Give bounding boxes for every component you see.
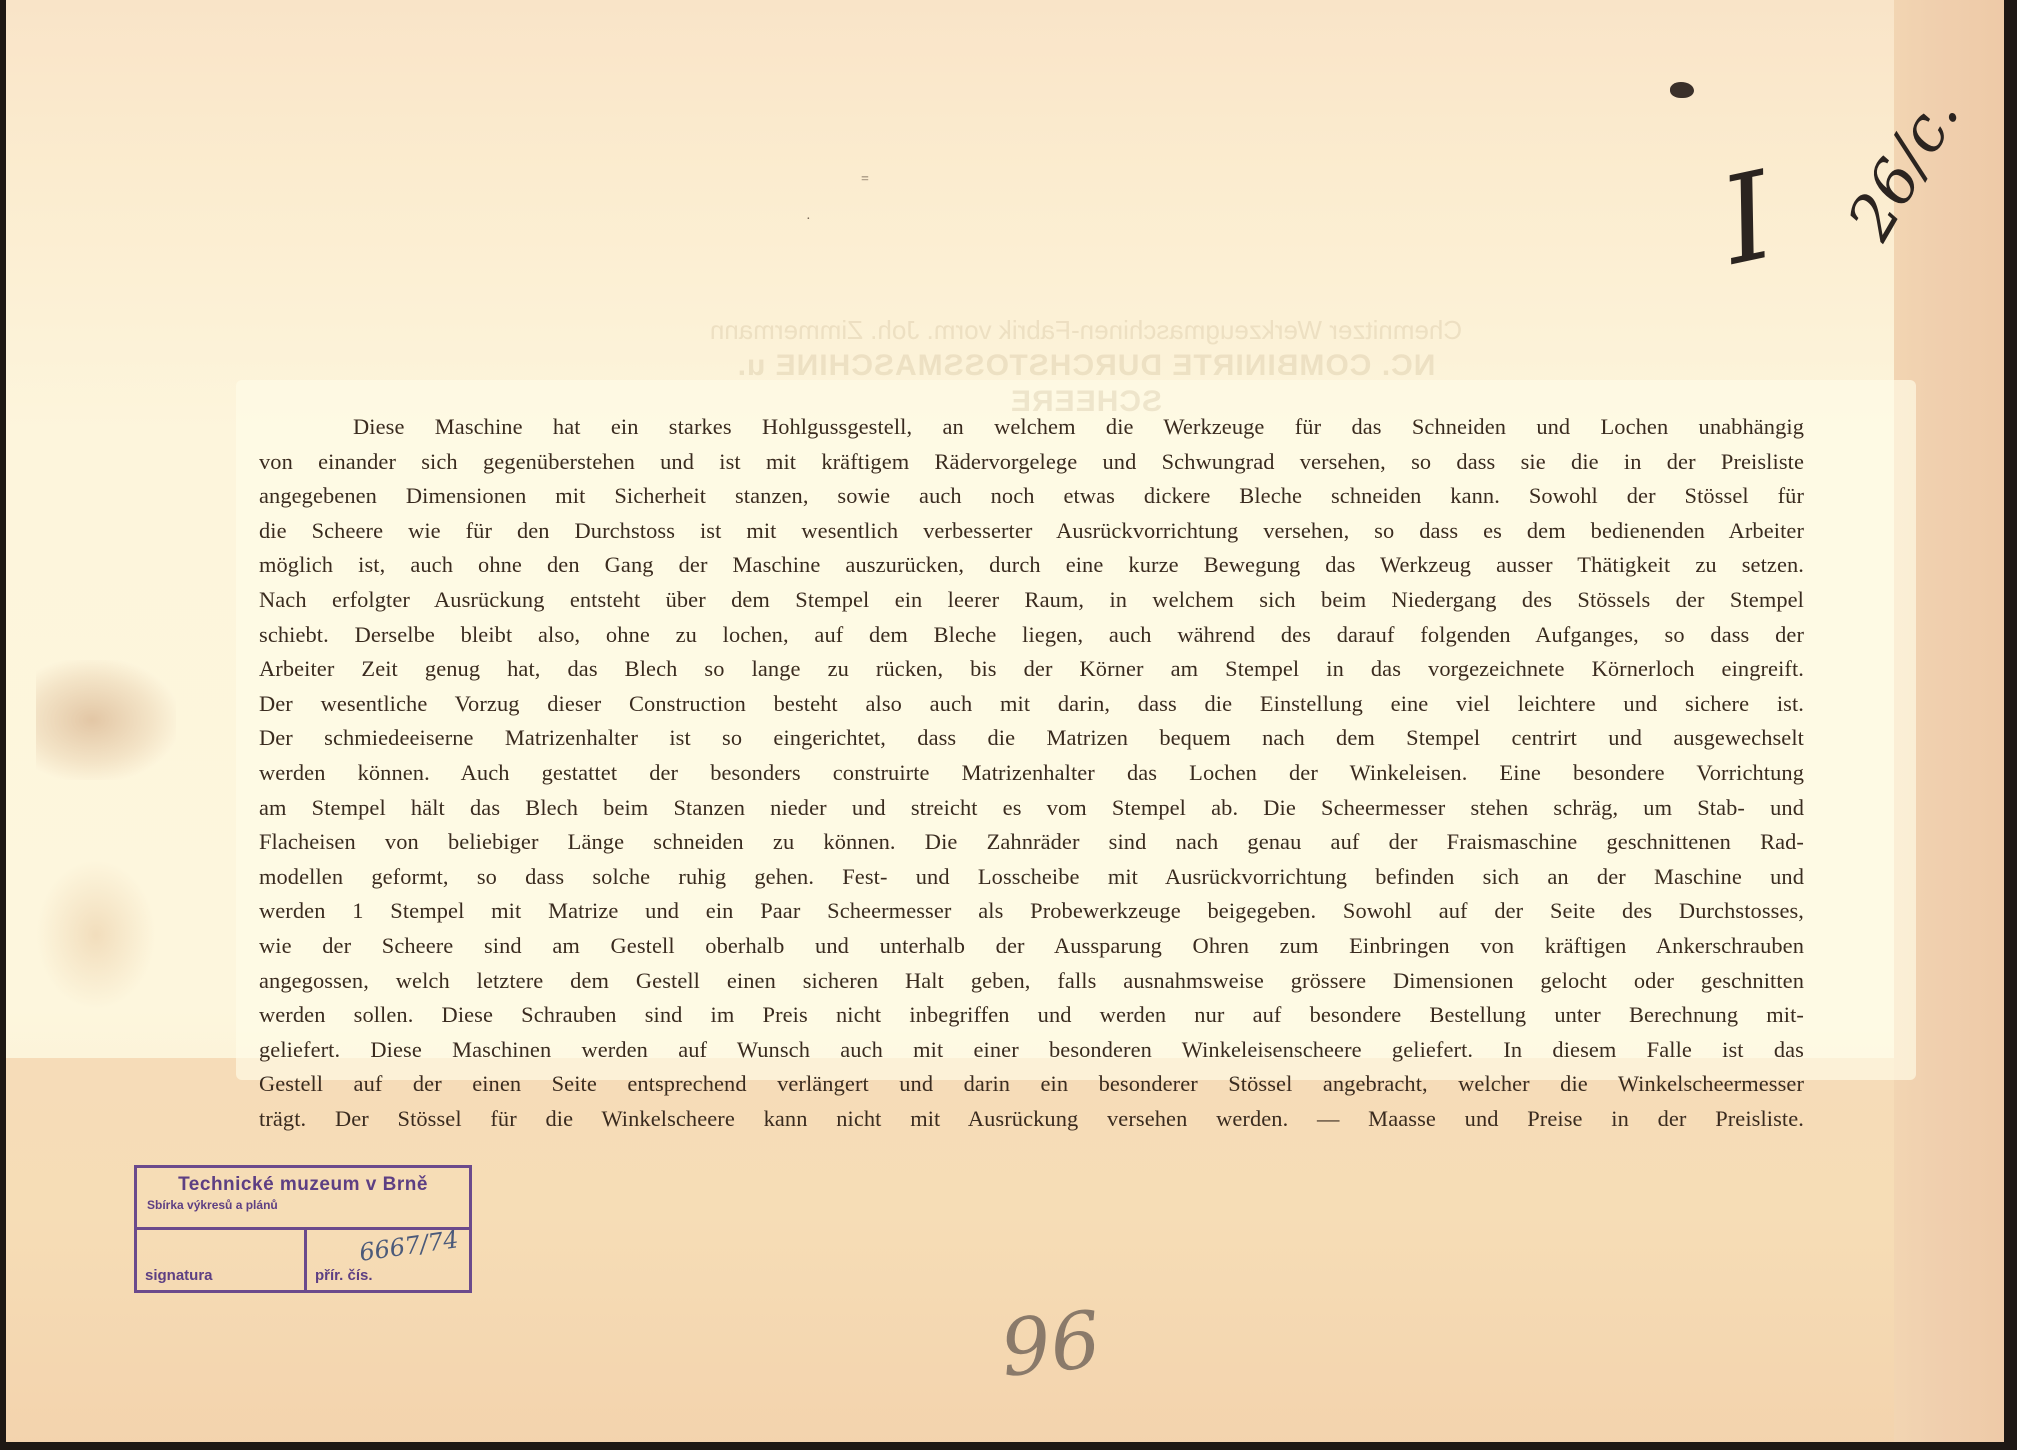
text-line: Arbeiter Zeit genug hat, das Blech so la… [259,652,1804,687]
text-line: Gestell auf der einen Seite entsprechend… [259,1067,1804,1102]
museum-stamp: Technické muzeum v Brně Sbírka výkresů a… [134,1165,472,1293]
description-paragraph: Diese Maschine hat ein starkes Hohlgussg… [259,410,1804,1136]
text-line: möglich ist, auch ohne den Gang der Masc… [259,548,1804,583]
text-line: wie der Scheere sind am Gestell oberhalb… [259,929,1804,964]
text-line: schiebt. Derselbe bleibt also, ohne zu l… [259,618,1804,653]
text-line: werden sollen. Diese Schrauben sind im P… [259,998,1804,1033]
text-line: geliefert. Diese Maschinen werden auf Wu… [259,1033,1804,1068]
text-line: Der wesentliche Vorzug dieser Constructi… [259,687,1804,722]
text-line: trägt. Der Stössel für die Winkelscheere… [259,1102,1804,1137]
stamp-signature-label: signatura [145,1267,213,1284]
stamp-fields: signatura 6667/74 přír. čís. [137,1230,469,1290]
text-line: die Scheere wie für den Durchstoss ist m… [259,514,1804,549]
stamp-accession-cell: 6667/74 přír. čís. [307,1230,469,1290]
bleed-through-heading: Chemnitzer Werkzeugmaschinen-Fabrik vorm… [676,312,1496,420]
text-line: von einander sich gegenüberstehen und is… [259,445,1804,480]
handwritten-page-number: 96 [997,1295,1105,1395]
scanned-page: = · Chemnitzer Werkzeugmaschinen-Fabrik … [6,0,2004,1442]
text-line: modellen geformt, so dass solche ruhig g… [259,860,1804,895]
text-line: angegossen, welch letztere dem Gestell e… [259,964,1804,999]
stamp-signature-cell: signatura [137,1230,307,1290]
ink-blot [1670,82,1694,98]
stamp-title: Technické muzeum v Brně [147,1174,459,1196]
text-line: Nach erfolgter Ausrückung entsteht über … [259,583,1804,618]
text-line: Flacheisen von beliebiger Länge schneide… [259,825,1804,860]
bleed-through-line-1: Chemnitzer Werkzeugmaschinen-Fabrik vorm… [676,312,1496,348]
paper-stain [36,860,156,1010]
paper-stain [36,660,176,780]
stray-mark: · [806,212,811,228]
text-line: am Stempel hält das Blech beim Stanzen n… [259,791,1804,826]
stamp-subtitle: Sbírka výkresů a plánů [147,1198,459,1212]
handwritten-roman-numeral: I [1710,147,1785,293]
stray-mark: = [861,172,869,188]
text-line: werden können. Auch gestattet der besond… [259,756,1804,791]
stamp-header: Technické muzeum v Brně Sbírka výkresů a… [137,1168,469,1230]
text-line: Der schmiedeeiserne Matrizenhalter ist s… [259,721,1804,756]
stamp-accession-label: přír. čís. [315,1267,373,1284]
text-line: werden 1 Stempel mit Matrize und ein Paa… [259,894,1804,929]
accession-number-handwritten: 6667/74 [358,1225,461,1267]
text-line: angegebenen Dimensionen mit Sicherheit s… [259,479,1804,514]
text-line: Diese Maschine hat ein starkes Hohlgussg… [259,410,1804,445]
